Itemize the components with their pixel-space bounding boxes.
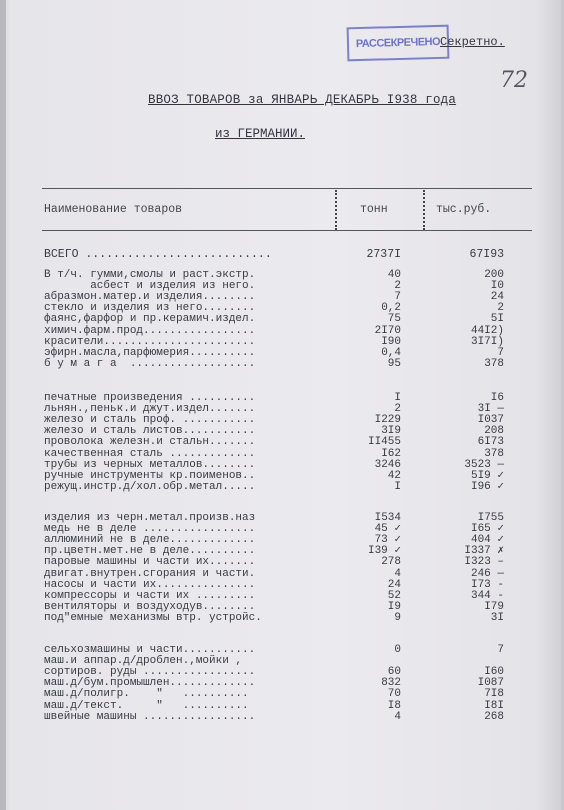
table-row: режущ.инстр.д/хол.обр.метал.....II96 ✓ xyxy=(44,482,504,493)
row-rub: 246 — xyxy=(471,569,504,580)
row-name: красители....................... xyxy=(44,337,255,348)
table-row: швейные машины .................4268 xyxy=(44,712,504,723)
document-title: ВВОЗ ТОВАРОВ за ЯНВАРЬ ДЕКАБРЬ I938 года xyxy=(148,93,456,107)
row-tons: 95 xyxy=(388,359,401,370)
header-name: Наименование товаров xyxy=(44,203,182,216)
row-rub: 5I xyxy=(491,314,504,325)
row-rub: I8I xyxy=(484,701,504,712)
row-tons: 278 xyxy=(381,557,401,568)
row-name: двигат.внутрен.сгорания и части. xyxy=(44,569,255,580)
row-tons: 70 xyxy=(388,689,401,700)
row-tons: 2737I xyxy=(366,249,401,260)
row-rub: 3I xyxy=(491,613,504,624)
column-separator xyxy=(335,190,337,230)
row-name: режущ.инстр.д/хол.обр.метал..... xyxy=(44,482,255,493)
row-name: проволока железн.и стальн....... xyxy=(44,437,255,448)
row-name: под"емные механизмы втр. устройс. xyxy=(44,613,262,624)
row-name: химич.фарм.прод................. xyxy=(44,326,255,337)
table-row: паровые машины и части их.......278I323 … xyxy=(44,557,504,568)
declassified-stamp: РАССЕКРЕЧЕНО xyxy=(347,25,450,62)
row-tons: I8 xyxy=(388,701,401,712)
table-row: трубы из черных металлов........32463523… xyxy=(44,460,504,471)
row-name: паровые машины и части их....... xyxy=(44,557,255,568)
table-row: двигат.внутрен.сгорания и части.4246 — xyxy=(44,569,504,580)
row-tons: 4 xyxy=(394,569,401,580)
row-name: фаянс,фарфор и пр.керамич.издел. xyxy=(44,314,255,325)
row-tons: II455 xyxy=(368,437,401,448)
row-tons: 4 xyxy=(394,712,401,723)
row-name: б у м а г а ................... xyxy=(44,359,255,370)
row-tons: I xyxy=(394,482,401,493)
table-row: химич.фарм.прод.................2I7044I2… xyxy=(44,326,504,337)
row-name: насосы и части их............... xyxy=(44,580,255,591)
row-rub: I96 ✓ xyxy=(471,482,504,493)
header-tons: тонн xyxy=(360,203,388,216)
row-tons: I62 xyxy=(381,449,401,460)
table-row: фаянс,фарфор и пр.керамич.издел.755I xyxy=(44,314,504,325)
row-name: маш.д/текст. " .......... xyxy=(44,701,249,712)
row-name: трубы из черных металлов........ xyxy=(44,460,255,471)
row-name: швейные машины ................. xyxy=(44,712,255,723)
table-row: маш.д/полигр. " ..........707I8 xyxy=(44,689,504,700)
table-row: насосы и части их...............24I73 - xyxy=(44,580,504,591)
table-row: качественная сталь .............I62378 xyxy=(44,449,504,460)
row-tons: 0 xyxy=(394,645,401,656)
row-tons: 24 xyxy=(388,580,401,591)
row-rub: 44I2) xyxy=(471,326,504,337)
table-row: проволока железн.и стальн.......II4556I7… xyxy=(44,437,504,448)
classification-label: Секретно. xyxy=(440,35,505,49)
header-rub: тыс.руб. xyxy=(436,203,491,216)
row-rub: 7I8 xyxy=(484,689,504,700)
table-row-total: ВСЕГО ........................... 2737I … xyxy=(44,249,504,260)
handwritten-page-number: 72 xyxy=(500,68,528,93)
row-tons: 75 xyxy=(388,314,401,325)
row-rub: 7 xyxy=(497,645,504,656)
table-row: под"емные механизмы втр. устройс.93I xyxy=(44,613,504,624)
table-header-rule xyxy=(42,230,532,231)
page-edge-left xyxy=(0,0,6,810)
row-tons: 2I70 xyxy=(375,326,401,337)
table-row: б у м а г а ...................95378 xyxy=(44,359,504,370)
row-rub: 3I7I) xyxy=(471,337,504,348)
row-tons: 3246 xyxy=(375,460,401,471)
table-row: красители.......................I903I7I) xyxy=(44,337,504,348)
row-rub: I73 - xyxy=(471,580,504,591)
row-name: качественная сталь ............. xyxy=(44,449,255,460)
document-page: РАССЕКРЕЧЕНО Секретно. 72 ВВОЗ ТОВАРОВ з… xyxy=(0,0,564,810)
row-name: маш.д/полигр. " .......... xyxy=(44,689,249,700)
row-tons: 9 xyxy=(394,613,401,624)
row-rub: 6I73 xyxy=(478,437,504,448)
row-rub: 67I93 xyxy=(469,249,504,260)
row-rub: 378 xyxy=(484,359,504,370)
row-rub: 3523 — xyxy=(464,460,504,471)
table-row: маш.д/текст. " ..........I8I8I xyxy=(44,701,504,712)
row-name: ВСЕГО ........................... xyxy=(44,249,272,260)
row-rub: I323 – xyxy=(464,557,504,568)
column-separator xyxy=(423,190,425,230)
row-rub: 378 xyxy=(484,449,504,460)
document-subtitle: из ГЕРМАНИИ. xyxy=(215,127,305,141)
row-rub: 268 xyxy=(484,712,504,723)
row-tons: I90 xyxy=(381,337,401,348)
table-top-rule xyxy=(42,188,532,189)
